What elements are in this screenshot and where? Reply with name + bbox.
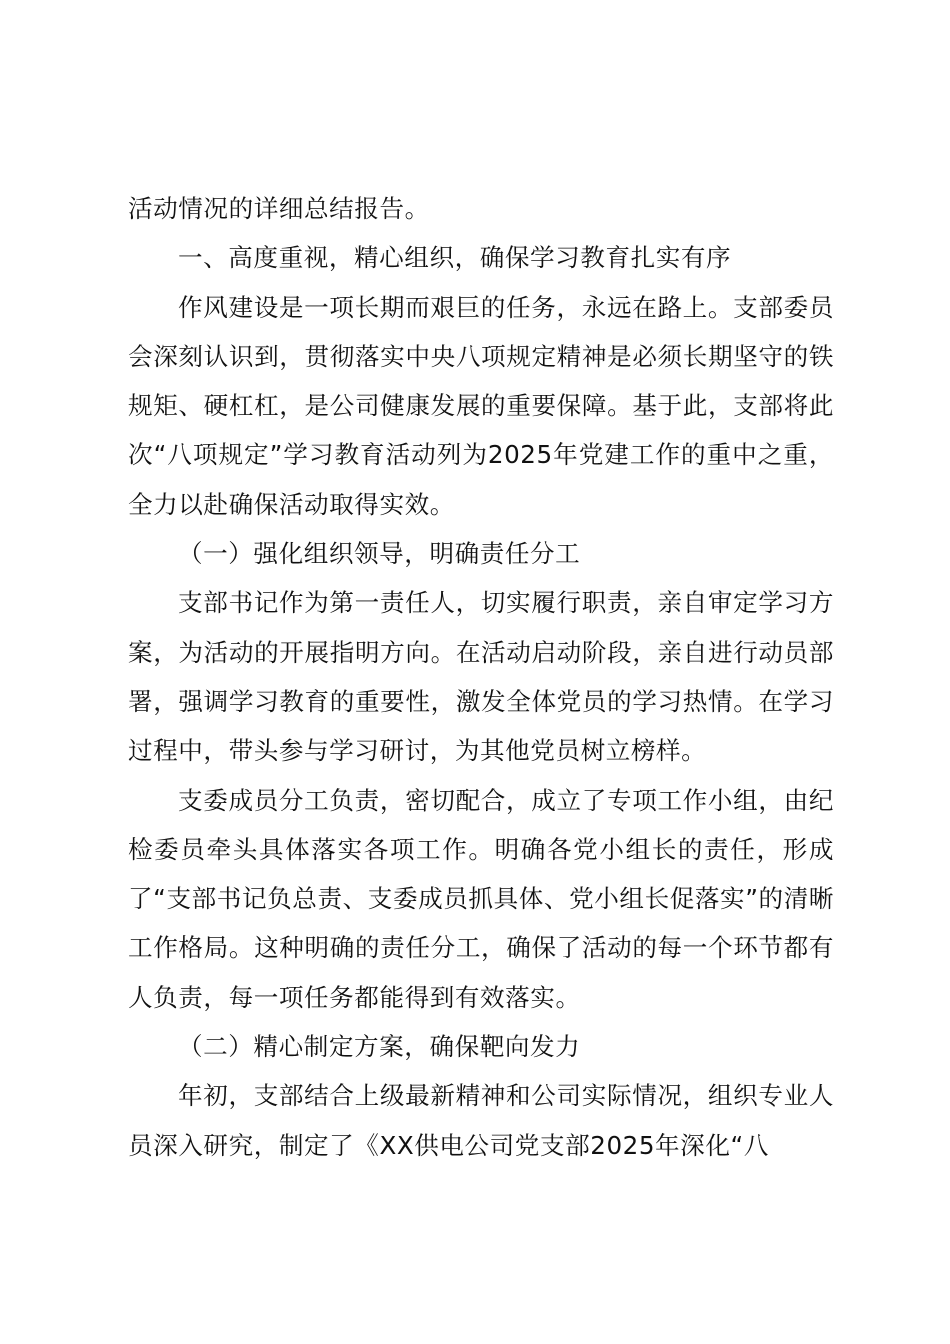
subsection-heading-1: （一）强化组织领导，明确责任分工 (128, 529, 834, 578)
paragraph-committee-division: 支委成员分工负责，密切配合，成立了专项工作小组，由纪检委员牵头具体落实各项工作。… (128, 776, 834, 1022)
paragraph-work-style: 作风建设是一项长期而艰巨的任务，永远在路上。支部委员会深刻认识到，贯彻落实中央八… (128, 283, 834, 529)
subsection-heading-2: （二）精心制定方案，确保靶向发力 (128, 1022, 834, 1071)
paragraph-plan-formulation: 年初，支部结合上级最新精神和公司实际情况，组织专业人员深入研究，制定了《XX供电… (128, 1071, 834, 1170)
paragraph-secretary-role: 支部书记作为第一责任人，切实履行职责，亲自审定学习方案，为活动的开展指明方向。在… (128, 578, 834, 775)
section-heading-1: 一、高度重视，精心组织，确保学习教育扎实有序 (128, 233, 834, 282)
document-page: 活动情况的详细总结报告。 一、高度重视，精心组织，确保学习教育扎实有序 作风建设… (128, 184, 834, 1170)
paragraph-intro-continuation: 活动情况的详细总结报告。 (128, 184, 834, 233)
